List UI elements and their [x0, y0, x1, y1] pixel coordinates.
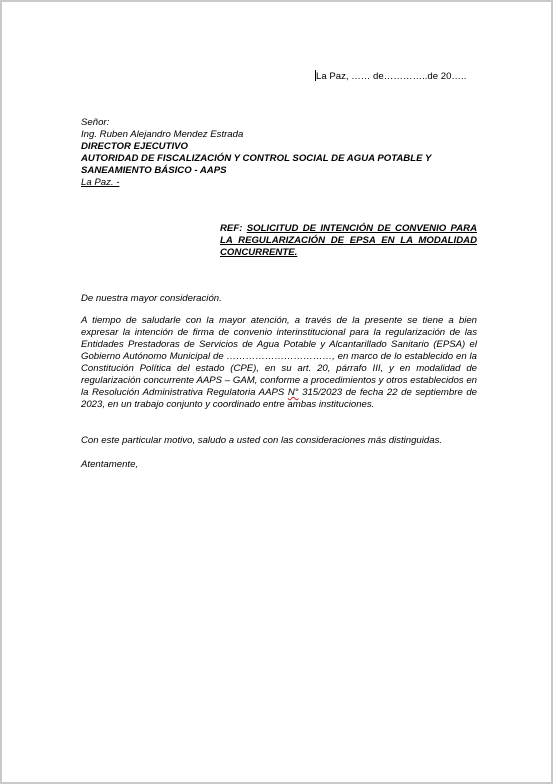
reference-label: REF: — [220, 223, 242, 234]
reference-subject: SOLICITUD DE INTENCIÓN DE CONVENIO PARA … — [220, 223, 477, 258]
recipient-block: Señor: Ing. Ruben Alejandro Mendez Estra… — [81, 117, 481, 188]
date-line[interactable]: La Paz, …… de…………..de 20….. — [315, 70, 466, 82]
reference-block: REF: SOLICITUD DE INTENCIÓN DE CONVENIO … — [220, 223, 477, 259]
recipient-name: Ing. Ruben Alejandro Mendez Estrada — [81, 129, 481, 141]
body-paragraph: A tiempo de saludarle con la mayor atenc… — [81, 315, 477, 411]
document-page[interactable]: La Paz, …… de…………..de 20….. Señor: Ing. … — [0, 0, 553, 784]
salutation: Señor: — [81, 117, 481, 129]
sign-off: Atentamente, — [81, 459, 138, 470]
spellcheck-flagged-word[interactable]: N° — [288, 387, 299, 398]
recipient-city: La Paz. - — [81, 177, 481, 189]
recipient-position: DIRECTOR EJECUTIVO — [81, 141, 481, 153]
date-text: La Paz, …… de…………..de 20….. — [316, 71, 466, 82]
closing-line: Con este particular motivo, saludo a ust… — [81, 435, 442, 446]
recipient-institution: AUTORIDAD DE FISCALIZACIÓN Y CONTROL SOC… — [81, 153, 481, 177]
greeting: De nuestra mayor consideración. — [81, 293, 222, 304]
body-text-part1: A tiempo de saludarle con la mayor atenc… — [81, 315, 477, 398]
